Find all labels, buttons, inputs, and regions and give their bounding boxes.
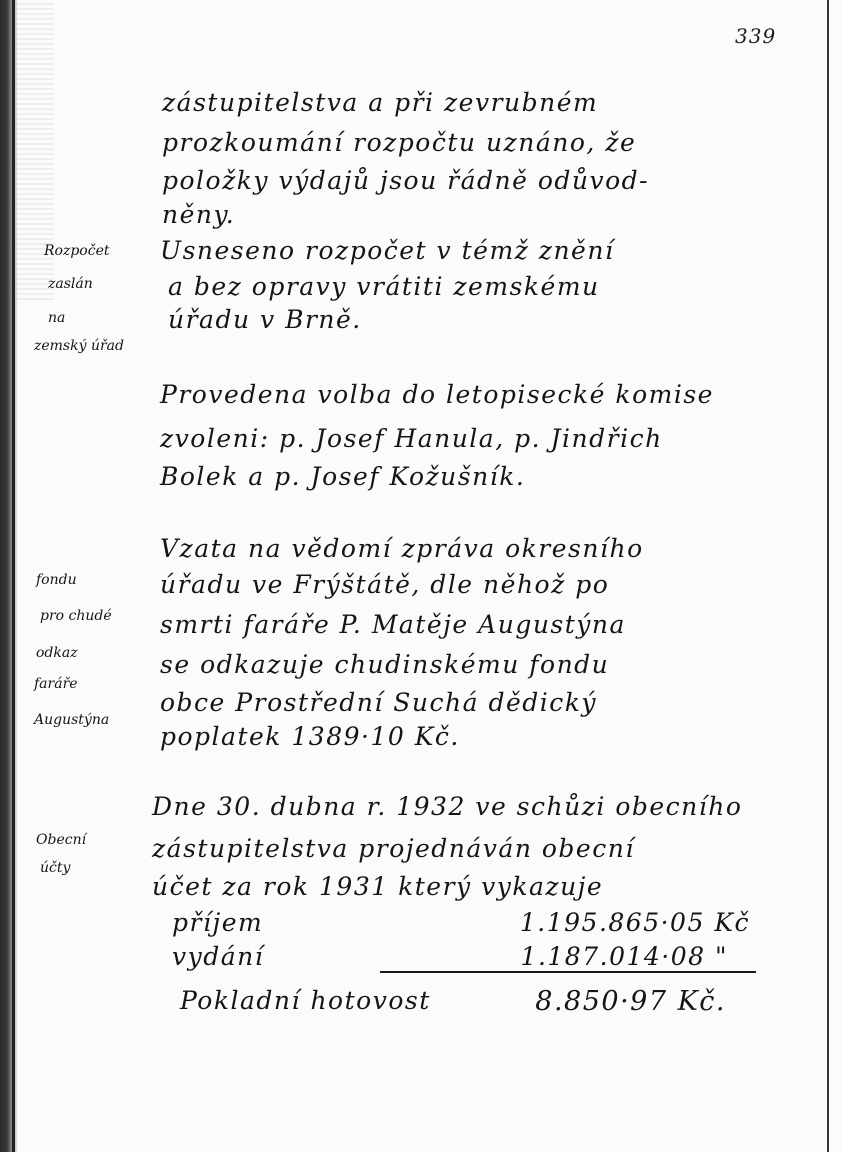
- account-amount-expense: 1.187.014·08 ": [488, 942, 728, 971]
- text-line: prozkoumání rozpočtu uznáno, že: [162, 128, 636, 157]
- text-line: účet za rok 1931 který vykazuje: [152, 872, 603, 901]
- text-line: obce Prostřední Suchá dědický: [160, 688, 597, 717]
- text-line: smrti faráře P. Matěje Augustýna: [160, 610, 626, 639]
- margin-note: faráře: [34, 676, 78, 692]
- margin-note: na: [48, 310, 65, 326]
- text-line: Dne 30. dubna r. 1932 ve schůzi obecního: [152, 792, 742, 821]
- margin-note: zemský úřad: [34, 338, 124, 354]
- margin-note: odkaz: [36, 645, 78, 661]
- account-amount-income: 1.195.865·05 Kč: [488, 908, 750, 937]
- margin-note: účty: [40, 860, 70, 876]
- text-line: něny.: [162, 200, 235, 229]
- margin-note: Rozpočet: [44, 243, 110, 259]
- text-line: Usneseno rozpočet v témž znění: [160, 236, 614, 265]
- text-line: Vzata na vědomí zpráva okresního: [160, 534, 644, 563]
- account-label-cash-balance: Pokladní hotovost: [180, 986, 431, 1015]
- margin-note: pro chudé: [40, 608, 112, 624]
- margin-note: Augustýna: [34, 712, 109, 728]
- page-number: 339: [735, 24, 776, 48]
- text-line: zástupitelstva a při zevrubném: [162, 88, 598, 117]
- margin-note: Obecní: [36, 832, 86, 848]
- text-line: a bez opravy vrátiti zemskému: [168, 272, 600, 301]
- account-label-expense: vydání: [172, 942, 264, 971]
- account-label-income: příjem: [172, 908, 263, 937]
- page-right-edge: [827, 0, 829, 1152]
- text-line: se odkazuje chudinskému fondu: [160, 650, 609, 679]
- sum-rule-divider: [380, 971, 756, 973]
- text-line: Bolek a p. Josef Kožušník.: [160, 462, 525, 491]
- chronicle-page: 339 zástupitelstva a při zevrubném prozk…: [0, 0, 842, 1152]
- margin-note: zaslán: [48, 276, 93, 292]
- text-line: položky výdajů jsou řádně odůvod-: [162, 166, 649, 195]
- text-line: úřadu v Brně.: [168, 305, 362, 334]
- binding-line: [12, 0, 15, 1152]
- text-line: úřadu ve Frýštátě, dle něhož po: [160, 570, 609, 599]
- margin-note: fondu: [36, 572, 77, 588]
- account-amount-cash-balance: 8.850·97 Kč.: [500, 986, 726, 1017]
- text-line: poplatek 1389·10 Kč.: [160, 722, 460, 751]
- text-line: zástupitelstva projednáván obecní: [152, 834, 635, 863]
- text-line: Provedena volba do letopisecké komise: [160, 380, 714, 409]
- text-line: zvoleni: p. Josef Hanula, p. Jindřich: [160, 424, 663, 453]
